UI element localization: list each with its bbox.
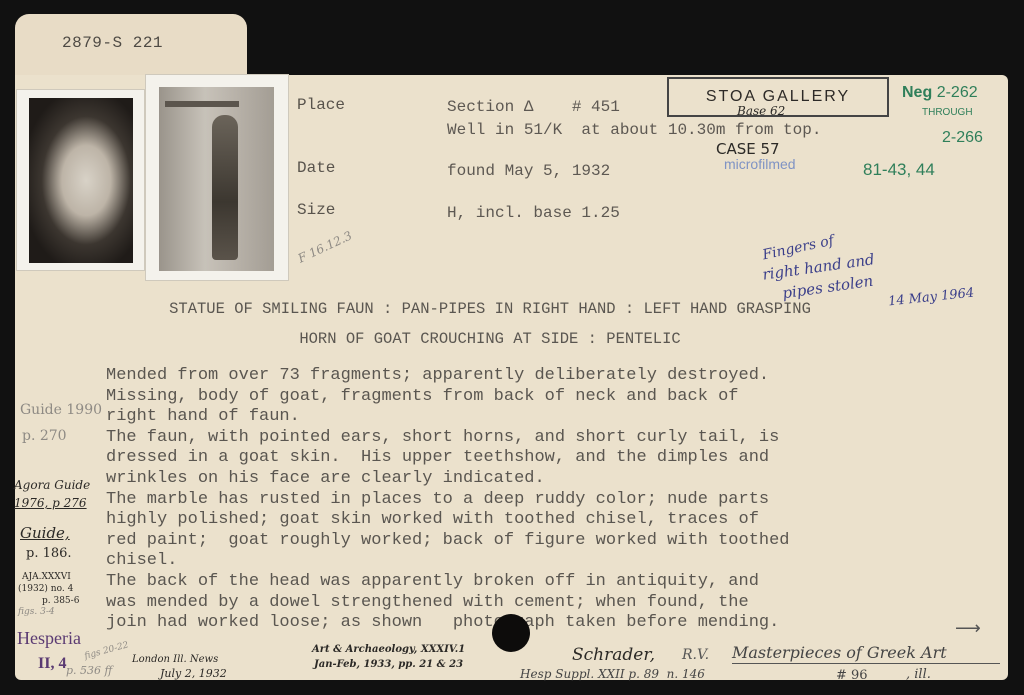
neg-prefix: Neg	[902, 84, 932, 101]
microfilmed-stamp: microfilmed	[724, 156, 796, 172]
description: Mended from over 73 fragments; apparentl…	[106, 366, 956, 634]
shelf-shape	[165, 101, 239, 107]
ref-art-arch-2: Jan-Feb, 1933, pp. 21 & 23	[314, 659, 463, 670]
ref-aja-1: AJA.XXXVI	[22, 572, 71, 582]
punch-hole	[492, 614, 530, 652]
ref-aja-3: p. 385-6	[42, 596, 79, 606]
ref-hesperia-vol: II, 4	[38, 655, 66, 673]
masterpieces-underline	[732, 663, 1000, 664]
desc-line: join had worked loose; as shown photogra…	[106, 613, 956, 634]
ref-hesperia: Hesperia	[17, 628, 81, 649]
ref-masterpieces-num: # 96	[836, 668, 868, 683]
neg-through: THROUGH	[922, 107, 973, 118]
date-label: Date	[297, 159, 335, 177]
ref-agora-guide: Agora Guide	[14, 478, 90, 492]
photo-head-image	[29, 98, 133, 263]
ref-agora-guide-page: 1976, p 276	[14, 496, 87, 510]
ref-guide-1990-page: p. 270	[22, 428, 67, 444]
base-note: Base 62	[737, 104, 785, 118]
object-title-line1: STATUE OF SMILING FAUN : PAN-PIPES IN RI…	[40, 300, 940, 318]
ref-guide-1990: Guide 1990	[20, 402, 102, 418]
desc-line: Mended from over 73 fragments; apparentl…	[106, 366, 956, 387]
ref-london-news-1: London Ill. News	[132, 654, 218, 665]
desc-line: chisel.	[106, 551, 956, 572]
ref-guide: Guide,	[20, 524, 70, 542]
size-value: H, incl. base 1.25	[447, 204, 620, 222]
desc-line: The marble has rusted in places to a dee…	[106, 490, 956, 511]
ref-aja-figs: figs. 3-4	[18, 607, 55, 617]
ref-london-news-2: July 2, 1932	[160, 667, 227, 680]
desc-line: wrinkles on his face are clearly indicat…	[106, 469, 956, 490]
desc-line: red paint; goat roughly worked; back of …	[106, 531, 956, 552]
ref-masterpieces-ill: , ill.	[906, 667, 931, 682]
neg-other: 81-43, 44	[863, 160, 935, 180]
ref-hesp-suppl: Hesp Suppl. XXII p. 89 n. 146	[520, 667, 705, 681]
desc-line: The back of the head was apparently brok…	[106, 572, 956, 593]
ref-hesperia-pages: p. 536 ff	[66, 664, 112, 677]
ref-masterpieces: Masterpieces of Greek Art	[732, 643, 947, 662]
desc-line: was mended by a dowel strengthened with …	[106, 593, 956, 614]
catalog-number: 2879-S 221	[62, 34, 163, 52]
ref-schrader: Schrader,	[572, 645, 655, 665]
desc-line: highly polished; goat skin worked with t…	[106, 510, 956, 531]
statue-shape	[212, 115, 238, 260]
ref-art-arch-1: Art & Archaeology, XXXIV.1	[312, 644, 465, 655]
continue-arrow-icon: ⟶	[955, 618, 981, 639]
date-value: found May 5, 1932	[447, 162, 610, 180]
neg-end: 2-266	[942, 129, 983, 147]
place-label: Place	[297, 96, 345, 114]
desc-line: dressed in a goat skin. His upper teeths…	[106, 448, 956, 469]
desc-line: right hand of faun.	[106, 407, 956, 428]
desc-line: The faun, with pointed ears, short horns…	[106, 428, 956, 449]
object-title-line2: HORN OF GOAT CROUCHING AT SIDE : PENTELI…	[40, 330, 940, 348]
neg-start: 2-262	[937, 84, 978, 101]
place-line1: Section Δ # 451	[447, 98, 620, 116]
ref-rv: R.V.	[682, 647, 709, 663]
size-label: Size	[297, 201, 335, 219]
photo-statue	[146, 75, 288, 280]
ref-guide-page: p. 186.	[26, 546, 72, 561]
photo-head-fragment	[17, 90, 144, 270]
photo-statue-image	[159, 87, 274, 271]
ref-aja-2: (1932) no. 4	[18, 584, 73, 594]
desc-line: Missing, body of goat, fragments from ba…	[106, 387, 956, 408]
place-line2: Well in 51/K at about 10.30m from top.	[447, 121, 821, 139]
